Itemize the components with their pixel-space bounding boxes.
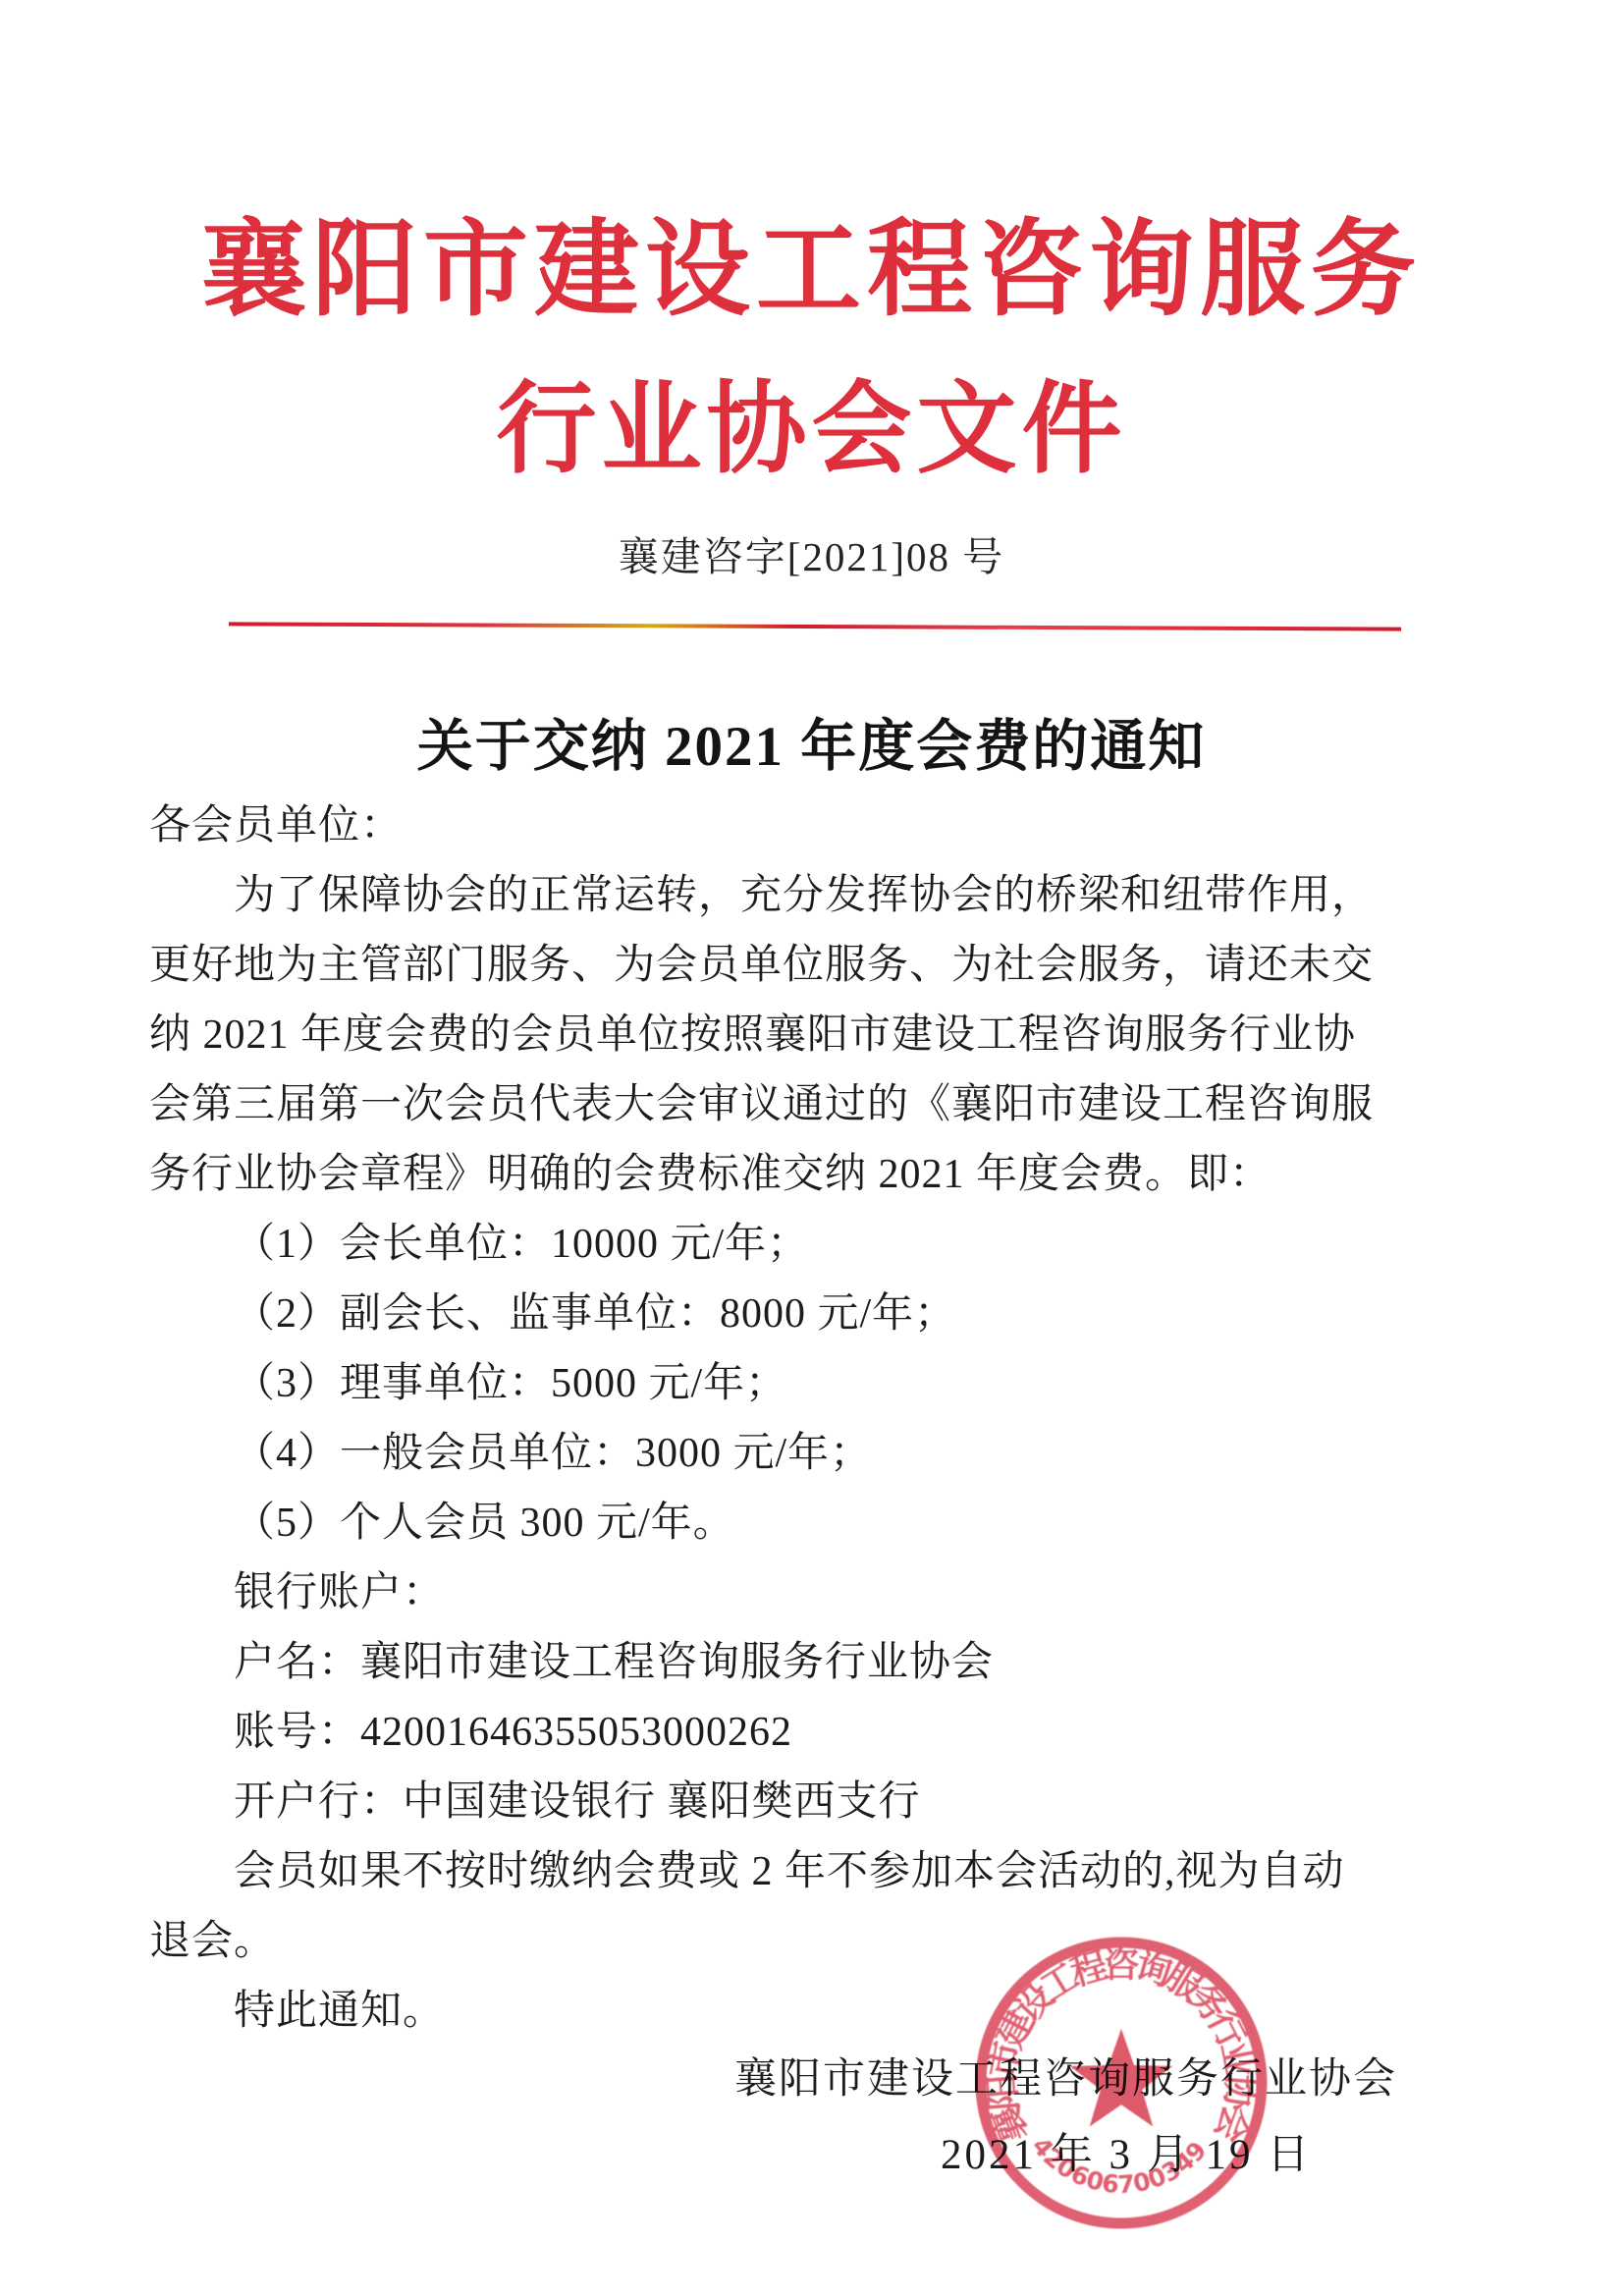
bank-account-name: 户名：襄阳市建设工程咨询服务行业协会 <box>149 1628 1505 1698</box>
paragraph-line-1: 为了保障协会的正常运转，充分发挥协会的桥梁和纽带作用， <box>149 861 1505 931</box>
document-number: 襄建咨字[2021]08 号 <box>0 524 1623 582</box>
notice-body: 各会员单位： 为了保障协会的正常运转，充分发挥协会的桥梁和纽带作用， 更好地为主… <box>149 792 1505 2047</box>
bank-account-number: 账号：42001646355053000262 <box>149 1698 1505 1768</box>
paragraph-line-4: 会第三届第一次会员代表大会审议通过的《襄阳市建设工程咨询服 <box>149 1070 1505 1140</box>
closing-note: 特此通知。 <box>149 1977 1505 2047</box>
paragraph-line-3: 纳 2021 年度会费的会员单位按照襄阳市建设工程咨询服务行业协 <box>149 1001 1505 1070</box>
fee-item-3: （3）理事单位：5000 元/年； <box>149 1349 1505 1419</box>
notice-title: 关于交纳 2021 年度会费的通知 <box>0 701 1623 782</box>
red-separator-line <box>229 622 1401 630</box>
fee-item-1: （1）会长单位：10000 元/年； <box>149 1210 1505 1280</box>
fee-item-2: （2）副会长、监事单位：8000 元/年； <box>149 1280 1505 1349</box>
seal-star <box>1070 2029 1173 2127</box>
fee-item-4: （4）一般会员单位：3000 元/年； <box>149 1419 1505 1489</box>
withdrawal-clause-line-2: 退会。 <box>149 1907 1505 1977</box>
salutation: 各会员单位： <box>149 792 1505 861</box>
official-seal: 襄阳市建设工程咨询服务行业协会 4206067003492 <box>957 1919 1285 2247</box>
withdrawal-clause-line-1: 会员如果不按时缴纳会费或 2 年不参加本会活动的,视为自动 <box>149 1837 1505 1907</box>
paragraph-line-2: 更好地为主管部门服务、为会员单位服务、为社会服务，请还未交 <box>149 931 1505 1001</box>
bank-account-heading: 银行账户： <box>149 1558 1505 1628</box>
letterhead-title-line1: 襄阳市建设工程咨询服务 <box>0 185 1623 336</box>
paragraph-line-5: 务行业协会章程》明确的会费标准交纳 2021 年度会费。即： <box>149 1140 1505 1210</box>
scanned-notice-page: 襄阳市建设工程咨询服务 行业协会文件 襄建咨字[2021]08 号 关于交纳 2… <box>0 0 1623 2296</box>
fee-item-5: （5）个人会员 300 元/年。 <box>149 1489 1505 1558</box>
letterhead-title-line2: 行业协会文件 <box>0 350 1623 493</box>
bank-branch: 开户行：中国建设银行 襄阳樊西支行 <box>149 1768 1505 1837</box>
